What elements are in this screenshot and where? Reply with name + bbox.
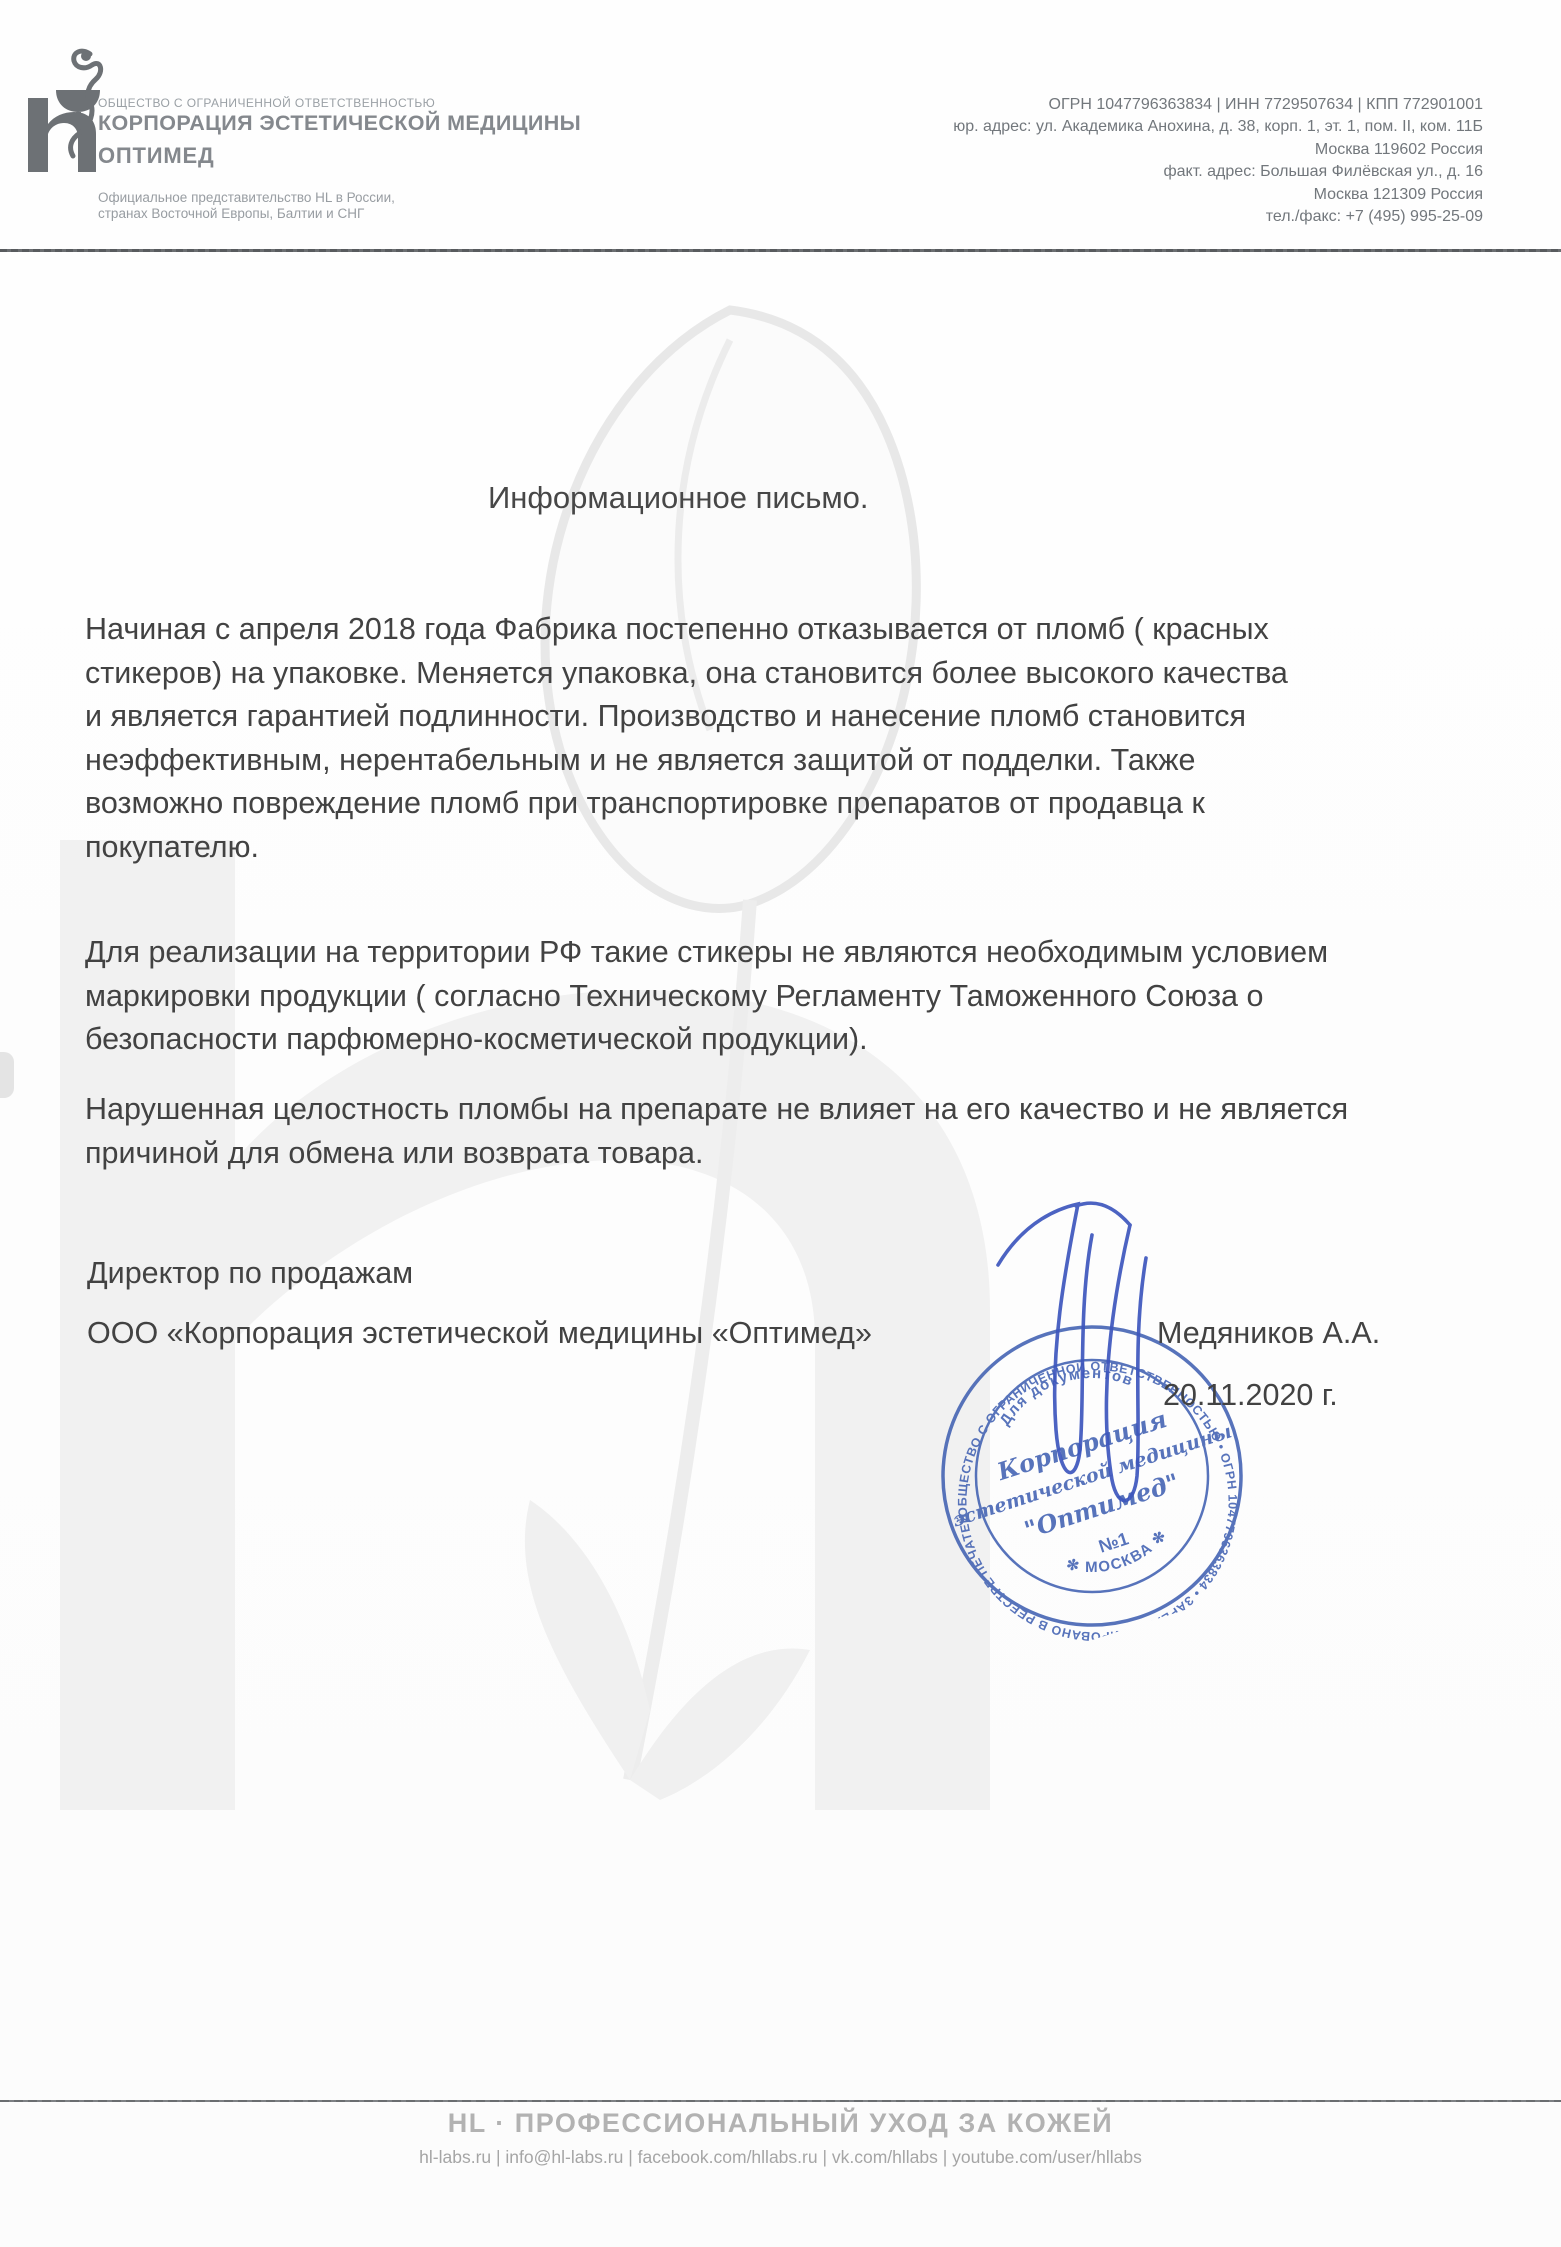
scanned-letter-page: ОБЩЕСТВО С ОГРАНИЧЕННОЙ ОТВЕТСТВЕННОСТЬЮ…: [0, 0, 1561, 2247]
footer-divider: [0, 2100, 1561, 2102]
org-type-label: ОБЩЕСТВО С ОГРАНИЧЕННОЙ ОТВЕТСТВЕННОСТЬЮ: [98, 96, 435, 110]
letter-title: Информационное письмо.: [488, 480, 869, 516]
paragraph-3: Нарушенная целостность пломбы на препара…: [85, 1088, 1515, 1175]
watermark-leaf-left: [525, 1500, 650, 1780]
signer-position: Директор по продажам: [87, 1256, 413, 1291]
watermark-leaf-right: [630, 1649, 810, 1800]
handwritten-signature: [980, 1180, 1190, 1530]
paragraph-1: Начиная с апреля 2018 года Фабрика посте…: [85, 608, 1515, 870]
logo-bowl-stem: [76, 112, 81, 126]
signer-company: ООО «Корпорация эстетической медицины «О…: [87, 1316, 872, 1351]
paragraph-2: Для реализации на территории РФ такие ст…: [85, 931, 1515, 1062]
footer-tagline: HL · ПРОФЕССИОНАЛЬНЫЙ УХОД ЗА КОЖЕЙ: [0, 2108, 1561, 2139]
scan-smudge: [0, 1052, 14, 1098]
header-divider: [0, 249, 1561, 252]
representative-note: Официальное представительство HL в Росси…: [98, 190, 395, 222]
background-watermark-logo: [30, 280, 1040, 1870]
signer-name: Медяников А.А.: [1157, 1316, 1380, 1351]
footer-links: hl-labs.ru | info@hl-labs.ru | facebook.…: [0, 2147, 1561, 2168]
brand-name: ОПТИМЕД: [98, 143, 214, 169]
logo-snake-head: [81, 51, 91, 61]
company-requisites: ОГРН 1047796363834 | ИНН 7729507634 | КП…: [623, 94, 1483, 228]
company-name: КОРПОРАЦИЯ ЭСТЕТИЧЕСКОЙ МЕДИЦИНЫ: [98, 111, 581, 136]
